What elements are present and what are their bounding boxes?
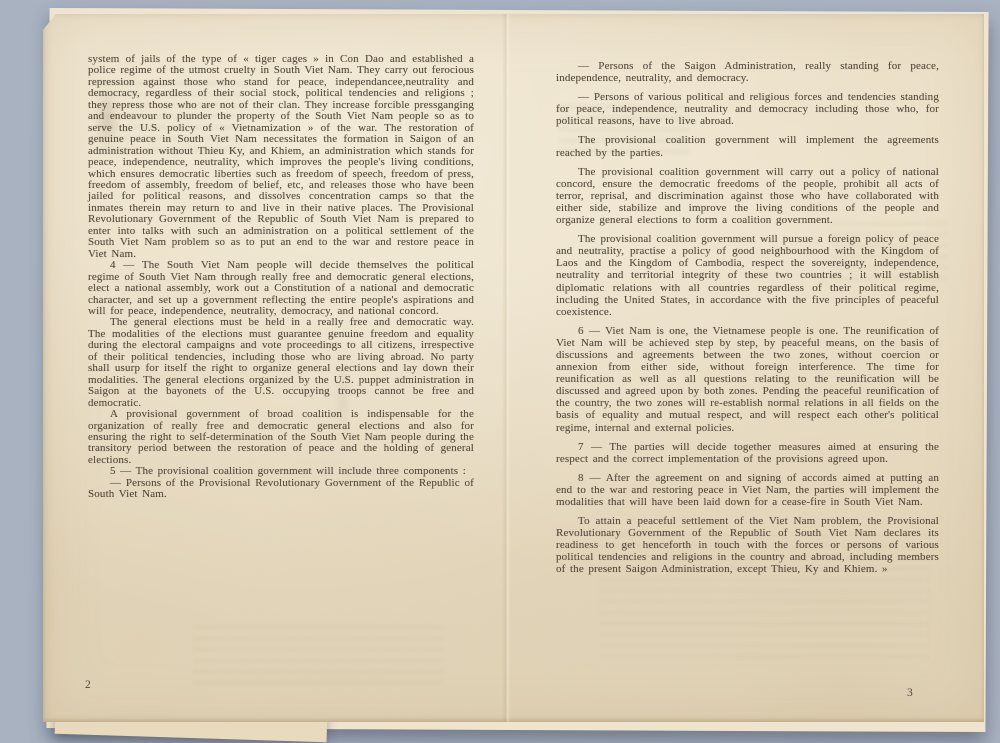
paragraph: To attain a peaceful settlement of the V… [556,515,939,575]
paragraph: system of jails of the type of « tiger c… [88,54,474,260]
paragraph: The provisional coalition government wil… [556,233,939,318]
center-fold [502,14,510,722]
paragraph: 8 — After the agreement on and signing o… [556,472,939,508]
page-number-2: 2 [85,679,91,691]
paragraph: The provisional coalition government wil… [556,166,939,226]
page-3-text-column: — Persons of the Saigon Administration, … [556,60,939,576]
paragraph: 4 — The South Viet Nam people will decid… [88,260,474,317]
show-through-artifact [193,626,443,684]
paragraph: A provisional government of broad coalit… [88,409,474,466]
booklet-spread: system of jails of the type of « tiger c… [43,14,984,722]
paragraph: 7 — The parties will decide together mea… [556,441,939,465]
paragraph: — Persons of the Provisional Revolutiona… [88,478,474,501]
paragraph: 6 — Viet Nam is one, the Vietnamese peop… [556,325,939,434]
page-2-text-column: system of jails of the type of « tiger c… [88,54,474,501]
page-number-3: 3 [907,687,913,699]
paragraph: The provisional coalition government wil… [556,134,939,158]
scan-background: system of jails of the type of « tiger c… [0,0,1000,743]
paragraph: — Persons of the Saigon Administration, … [556,60,939,84]
paragraph: The general elections must be held in a … [88,317,474,409]
paragraph: — Persons of various political and relig… [556,91,939,127]
